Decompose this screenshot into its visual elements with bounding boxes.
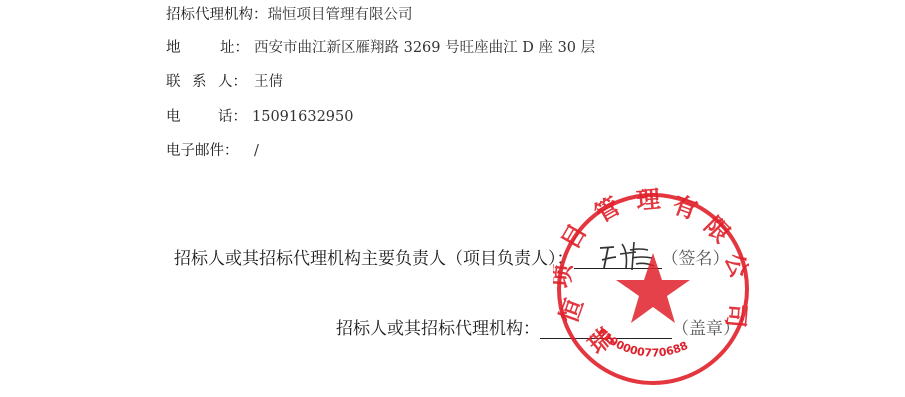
contact-label-3: 人： [218, 73, 254, 91]
email-value: / [254, 142, 259, 160]
contact-value: 王倩 [254, 73, 283, 91]
address-value: 西安市曲江新区雁翔路 3269 号旺座曲江 D 座 30 层 [254, 39, 595, 57]
seal-suffix: （盖章） [672, 319, 740, 339]
info-row-agency: 招标代理机构：瑞恒项目管理有限公司 [166, 6, 413, 24]
svg-text:管: 管 [590, 192, 625, 228]
phone-value: 15091632950 [252, 108, 353, 126]
agency-label: 招标代理机构： [166, 6, 268, 24]
contact-label-1: 联 [166, 73, 192, 91]
info-row-phone: 电话：15091632950 [166, 108, 353, 126]
agency-value: 瑞恒项目管理有限公司 [268, 6, 413, 24]
svg-text:有: 有 [669, 190, 701, 225]
phone-label-1: 电 [166, 108, 218, 126]
info-row-contact: 联系人：王倩 [166, 73, 283, 91]
handwritten-signature-icon [592, 238, 682, 274]
phone-label-2: 话： [218, 108, 252, 126]
address-label-1: 地 [166, 39, 220, 57]
info-row-address: 地址：西安市曲江新区雁翔路 3269 号旺座曲江 D 座 30 层 [166, 39, 595, 57]
contact-label-2: 系 [192, 73, 218, 91]
svg-text:限: 限 [699, 211, 736, 248]
agency-seal-label: 招标人或其招标代理机构： [336, 319, 540, 339]
svg-text:理: 理 [635, 185, 662, 215]
info-row-email: 电子邮件：/ [166, 142, 259, 160]
address-label-2: 址： [220, 39, 254, 57]
seal-line[interactable] [540, 318, 672, 339]
company-seal-icon: 瑞 恒 项 目 管 理 有 限 公 司 6100000770688 [553, 185, 753, 385]
responsible-label: 招标人或其招标代理机构主要负责人（项目负责人）： [174, 249, 574, 269]
email-label: 电子邮件： [166, 142, 254, 160]
agency-seal-row: 招标人或其招标代理机构：（盖章） [336, 314, 740, 339]
